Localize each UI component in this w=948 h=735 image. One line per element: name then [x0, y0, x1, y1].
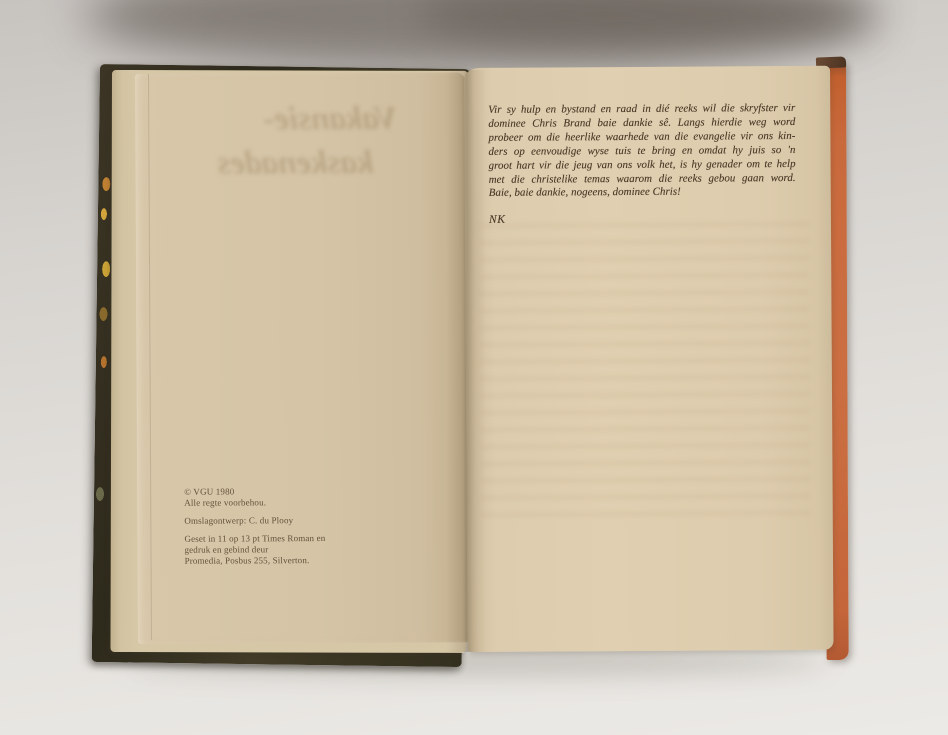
showthrough-streaks	[479, 216, 811, 518]
acknowledgement-text: Vir sy hulp en bystand en raad in dié re…	[488, 102, 796, 201]
showthrough-line: Vakansie-	[263, 101, 397, 139]
acknowledgement-line: Baie, baie dankie, nogeens, dominee Chri…	[489, 185, 796, 201]
acknowledgement-line: groot hart vir die jeug van ons volk het…	[489, 158, 796, 174]
photo-background: Vakansie- kaskenades © VGU 1980Alle regt…	[0, 0, 948, 735]
colophon-line: Promedia, Posbus 255, Silverton.	[185, 555, 355, 567]
cover-design-credit: Omslagontwerp: C. du Plooy	[184, 515, 354, 527]
colophon-line: Alle regte voorbehou.	[184, 497, 354, 509]
printing-credit: Geset in 11 op 13 pt Times Roman engedru…	[184, 533, 354, 567]
left-page: Vakansie- kaskenades © VGU 1980Alle regt…	[135, 72, 468, 644]
acknowledgement-line: ders op eenvoudige wyse tuis te bring en…	[488, 144, 795, 160]
copyright-notice: © VGU 1980Alle regte voorbehou.	[184, 486, 354, 509]
acknowledgement-line: met die christelike temas waarom die ree…	[489, 172, 796, 188]
showthrough-line: kaskenades	[217, 145, 373, 183]
colophon-line: © VGU 1980	[184, 486, 354, 498]
colophon-line: Omslagontwerp: C. du Plooy	[184, 515, 354, 527]
acknowledgement-line: probeer om die heerlike waarhede van die…	[488, 130, 795, 146]
right-page: Vir sy hulp en bystand en raad in dié re…	[464, 66, 834, 652]
colophon: © VGU 1980Alle regte voorbehou. Omslagon…	[184, 486, 354, 574]
colophon-line: Geset in 11 op 13 pt Times Roman en	[184, 533, 354, 545]
colophon-line: gedruk en gebind deur	[184, 544, 354, 556]
author-initials: NK	[489, 214, 506, 226]
